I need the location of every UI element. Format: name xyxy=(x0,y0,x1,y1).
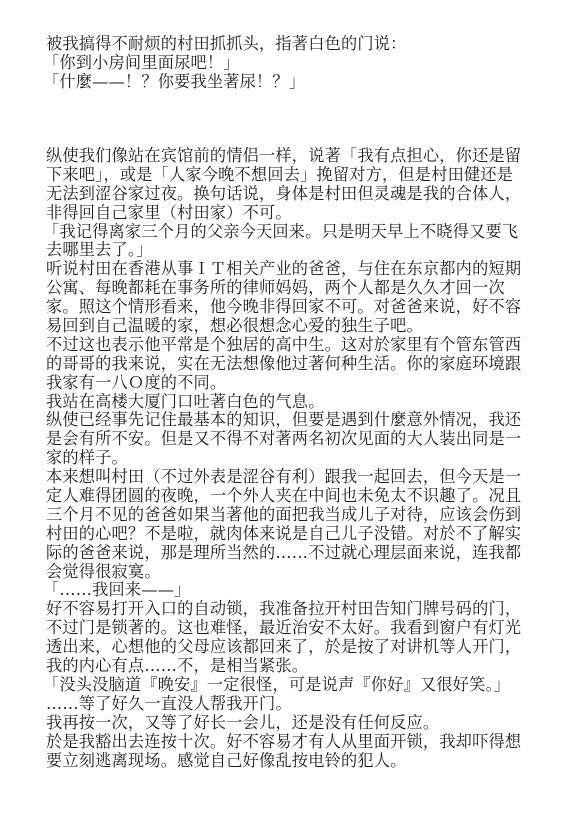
text-line: 无法到涩谷家过夜。换句话说，身体是村田但灵魂是我的合体人， xyxy=(46,185,566,204)
dialogue-line: 「你到小房间里面尿吧！」 xyxy=(43,54,566,73)
text-line: 我家有一八Ｏ度的不同。 xyxy=(46,374,566,393)
text-line: 我站在高楼大厦门口吐著白色的气息。 xyxy=(46,393,566,412)
dialogue-line: 「没头没脑道『晚安』一定很怪，可是说声『你好』又很好笑。」 xyxy=(43,676,566,695)
text-line: 下来吧」，或是「人家今晚不想回去」挽留对方，但是村田健还是 xyxy=(46,166,566,185)
dialogue-line: 「什麼——！？你要我坐著尿！？」 xyxy=(43,73,566,92)
text-line: 要立刻逃离现场。感觉自己好像乱按电铃的犯人。 xyxy=(46,752,566,771)
text-line: 纵使我们像站在宾馆前的情侣一样，说著「我有点担心，你还是留 xyxy=(46,147,566,166)
text-line: ……等了好久一直没人帮我开门。 xyxy=(46,695,566,714)
text-line: 家的样子。 xyxy=(46,449,566,468)
text-line: 听说村田在香港从事ＩＴ相关产业的爸爸，与住在东京都内的短期 xyxy=(46,260,566,279)
text-line: 公寓、每晚都耗在事务所的律师妈妈，两个人都是久久才回一次 xyxy=(46,279,566,298)
text-line: 透出来，心想他的父母应该都回来了，於是按了对讲机等人开门， xyxy=(46,638,566,657)
text-line: 易回到自己温暖的家，想必很想念心爱的独生子吧。 xyxy=(46,317,566,336)
text-line: 三个月不见的爸爸如果当著他的面把我当成儿子对待，应该会伤到 xyxy=(46,506,566,525)
text-line: 际的爸爸来说，那是理所当然的……不过就心理层面来说，连我都 xyxy=(46,544,566,563)
text-line: 於是我豁出去连按十次。好不容易才有人从里面开锁，我却吓得想 xyxy=(46,733,566,752)
dialogue-line: 「……我回来——」 xyxy=(43,581,566,600)
text-line: 我再按一次，又等了好长一会儿，还是没有任何反应。 xyxy=(46,714,566,733)
text-line: 会觉得很寂寞。 xyxy=(46,563,566,582)
text-line: 家。照这个情形看来，他今晚非得回家不可。对爸爸来说，好不容 xyxy=(46,298,566,317)
text-line: 不过这也表示他平常是个独居的高中生。这对於家里有个管东管西 xyxy=(46,336,566,355)
opening-dialogue: 被我搞得不耐烦的村田抓抓头，指著白色的门说： 「你到小房间里面尿吧！」 「什麼—… xyxy=(46,35,566,92)
text-line: 的哥哥的我来说，实在无法想像他过著何种生活。你的家庭环境跟 xyxy=(46,355,566,374)
text-line: 村田的心吧？不是啦，就肉体来说是自己儿子没错。对於不了解实 xyxy=(46,525,566,544)
main-narrative: 纵使我们像站在宾馆前的情侣一样，说著「我有点担心，你还是留 下来吧」，或是「人家… xyxy=(46,147,566,770)
text-line: 纵使已经事先记住最基本的知识，但要是遇到什麼意外情况，我还 xyxy=(46,411,566,430)
text-line: 本来想叫村田（不过外表是涩谷有利）跟我一起回去，但今天是一 xyxy=(46,468,566,487)
text-line: 好不容易打开入口的自动锁，我准备拉开村田告知门牌号码的门， xyxy=(46,600,566,619)
text-line: 我的内心有点……不，是相当紧张。 xyxy=(46,657,566,676)
dialogue-line: 「我记得离家三个月的父亲今天回来。只是明天早上不晓得又要飞 xyxy=(43,223,566,242)
text-line: 是会有所不安。但是又不得不对著两名初次见面的大人装出同是一 xyxy=(46,430,566,449)
text-line: 去哪里去了。」 xyxy=(46,241,566,260)
text-line: 定人难得团圆的夜晚，一个外人夹在中间也未免太不识趣了。况且 xyxy=(46,487,566,506)
text-line: 被我搞得不耐烦的村田抓抓头，指著白色的门说： xyxy=(46,35,566,54)
text-line: 不过门是锁著的。这也难怪，最近治安不太好。我看到窗户有灯光 xyxy=(46,619,566,638)
text-line: 非得回自己家里（村田家）不可。 xyxy=(46,204,566,223)
